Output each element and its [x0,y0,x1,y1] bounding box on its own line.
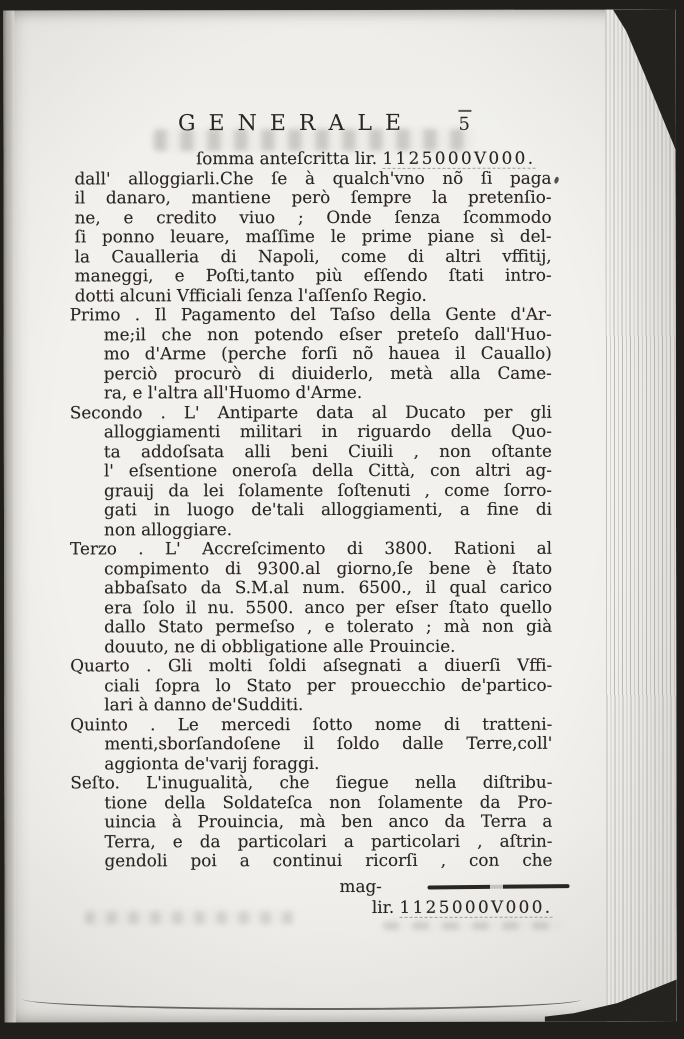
text-line: Secondo . L' Antiparte data al Ducato pe… [70,402,552,422]
text-line: tione della Soldateſca non ſolamente da … [70,792,552,812]
paragraphs: dall' alloggiarli.Che ſe à qualch'vno nõ… [70,168,553,871]
text-line: gati in luogo de'tali alloggiamenti, a f… [70,500,552,520]
text-line: aggionta de'varij foraggi. [70,753,552,773]
text-line: compimento di 9300.al giorno,ſe bene è ſ… [70,558,552,578]
text-line: Terzo . L' Accreſcimento di 3800. Ration… [70,539,552,559]
text-block: ſomma anteſcritta lir. 1125000V000. dall… [69,149,552,918]
paragraph: Primo . Il Pagamento del Taſso della Gen… [70,305,552,403]
footer-sum-label: lir. [372,896,394,916]
text-line: ne, e credito viuo ; Onde ſenza ſcommodo [70,207,552,227]
text-line: ciali ſopra lo Stato per prouecchio de'p… [70,675,552,695]
catchword-row: mag- [340,876,553,896]
text-line: era ſolo il nu. 5500. anco per eſser ſta… [70,597,552,617]
page-title: GENERALE [178,111,414,136]
text-line: Terra, e da particolari a particolari , … [70,831,552,851]
paragraph: Secondo . L' Antiparte data al Ducato pe… [70,402,552,539]
book-page: GENERALE 5 ſomma anteſcritta lir. 112500… [3,10,676,1023]
carried-sum-amount: 1125000V000. [382,148,535,169]
paragraph: Seſto. L'inugualità, che ſiegue nella di… [70,773,552,871]
text-line: dall' alloggiarli.Che ſe à qualch'vno nõ… [70,168,552,188]
text-line: ſi ponno leuare, maſſime le prime piane … [70,227,552,247]
text-line: dotti alcuni Vfficiali ſenza l'aſſenſo R… [70,285,552,305]
footer-sum-amount: 1125000V000. [399,896,552,917]
gutter-shadow-band [3,10,15,1022]
text-line: Seſto. L'inugualità, che ſiegue nella di… [70,773,552,793]
fore-edge-pages-texture [605,10,676,1022]
page-number: 5 [458,114,469,135]
text-line: gendoli poi a continui ricorſi , con che [70,851,552,871]
text-line: ta addoſsata alli beni Ciuili , non oſta… [70,441,552,461]
text-line: Quarto . Gli molti ſoldi aſsegnati a diu… [70,656,552,676]
carried-sum-line: ſomma anteſcritta lir. 1125000V000. [69,149,551,169]
ink-speck [554,176,560,184]
text-line: menti,sborſandoſene il ſoldo dalle Terre… [70,734,552,754]
catchword: mag- [340,877,382,897]
text-line: me;il che non potendo eſser preteſo dall… [70,324,552,344]
text-line: uincia à Prouincia, mà ben anco da Terra… [70,812,552,832]
text-line: non alloggiare. [70,519,552,539]
ink-rule [428,884,570,889]
text-line: perciò procurò di diuiderlo, metà alla C… [70,363,552,383]
ink-bleed-through [383,922,563,930]
text-line: douuto, ne di obbligatione alle Prouinci… [70,636,552,656]
text-line: Quinto . Le mercedi ſotto nome di tratte… [70,714,552,734]
text-line: l' eſsentione oneroſa della Città, con a… [70,461,552,481]
text-line: Primo . Il Pagamento del Taſso della Gen… [70,305,552,325]
paragraph: Terzo . L' Accreſcimento di 3800. Ration… [70,539,552,657]
text-line: maneggi, e Poſti,tanto più eſſendo ſtati… [70,266,552,286]
text-line: la Caualleria di Napoli, come di altri v… [70,246,552,266]
carried-sum-label: ſomma anteſcritta lir. [196,148,377,168]
paragraph: dall' alloggiarli.Che ſe à qualch'vno nõ… [70,168,552,305]
text-line: abbaſsato da S.M.al num. 6500., il qual … [70,578,552,598]
text-line: alloggiamenti militari in riguardo della… [70,422,552,442]
paragraph: Quarto . Gli molti ſoldi aſsegnati a diu… [70,656,552,715]
text-line: ra, e l'altra all'Huomo d'Arme. [70,383,552,403]
text-line: grauij da lei ſolamente ſoſtenuti , come… [70,480,552,500]
text-line: dallo Stato permeſso , e tolerato ; mà n… [70,617,552,637]
text-line: lari à danno de'Sudditi. [70,695,552,715]
paragraph: Quinto . Le mercedi ſotto nome di tratte… [70,714,552,773]
running-header: GENERALE 5 [69,111,551,144]
text-line: il danaro, mantiene però ſempre la prete… [70,188,552,208]
text-line: mo d'Arme (perche forſi nõ hauea il Caua… [70,344,552,364]
footer-sum-line: lir. 1125000V000. [71,897,553,917]
book-scan: GENERALE 5 ſomma anteſcritta lir. 112500… [0,0,684,1039]
page-bottom-edge-curve [23,998,582,1011]
